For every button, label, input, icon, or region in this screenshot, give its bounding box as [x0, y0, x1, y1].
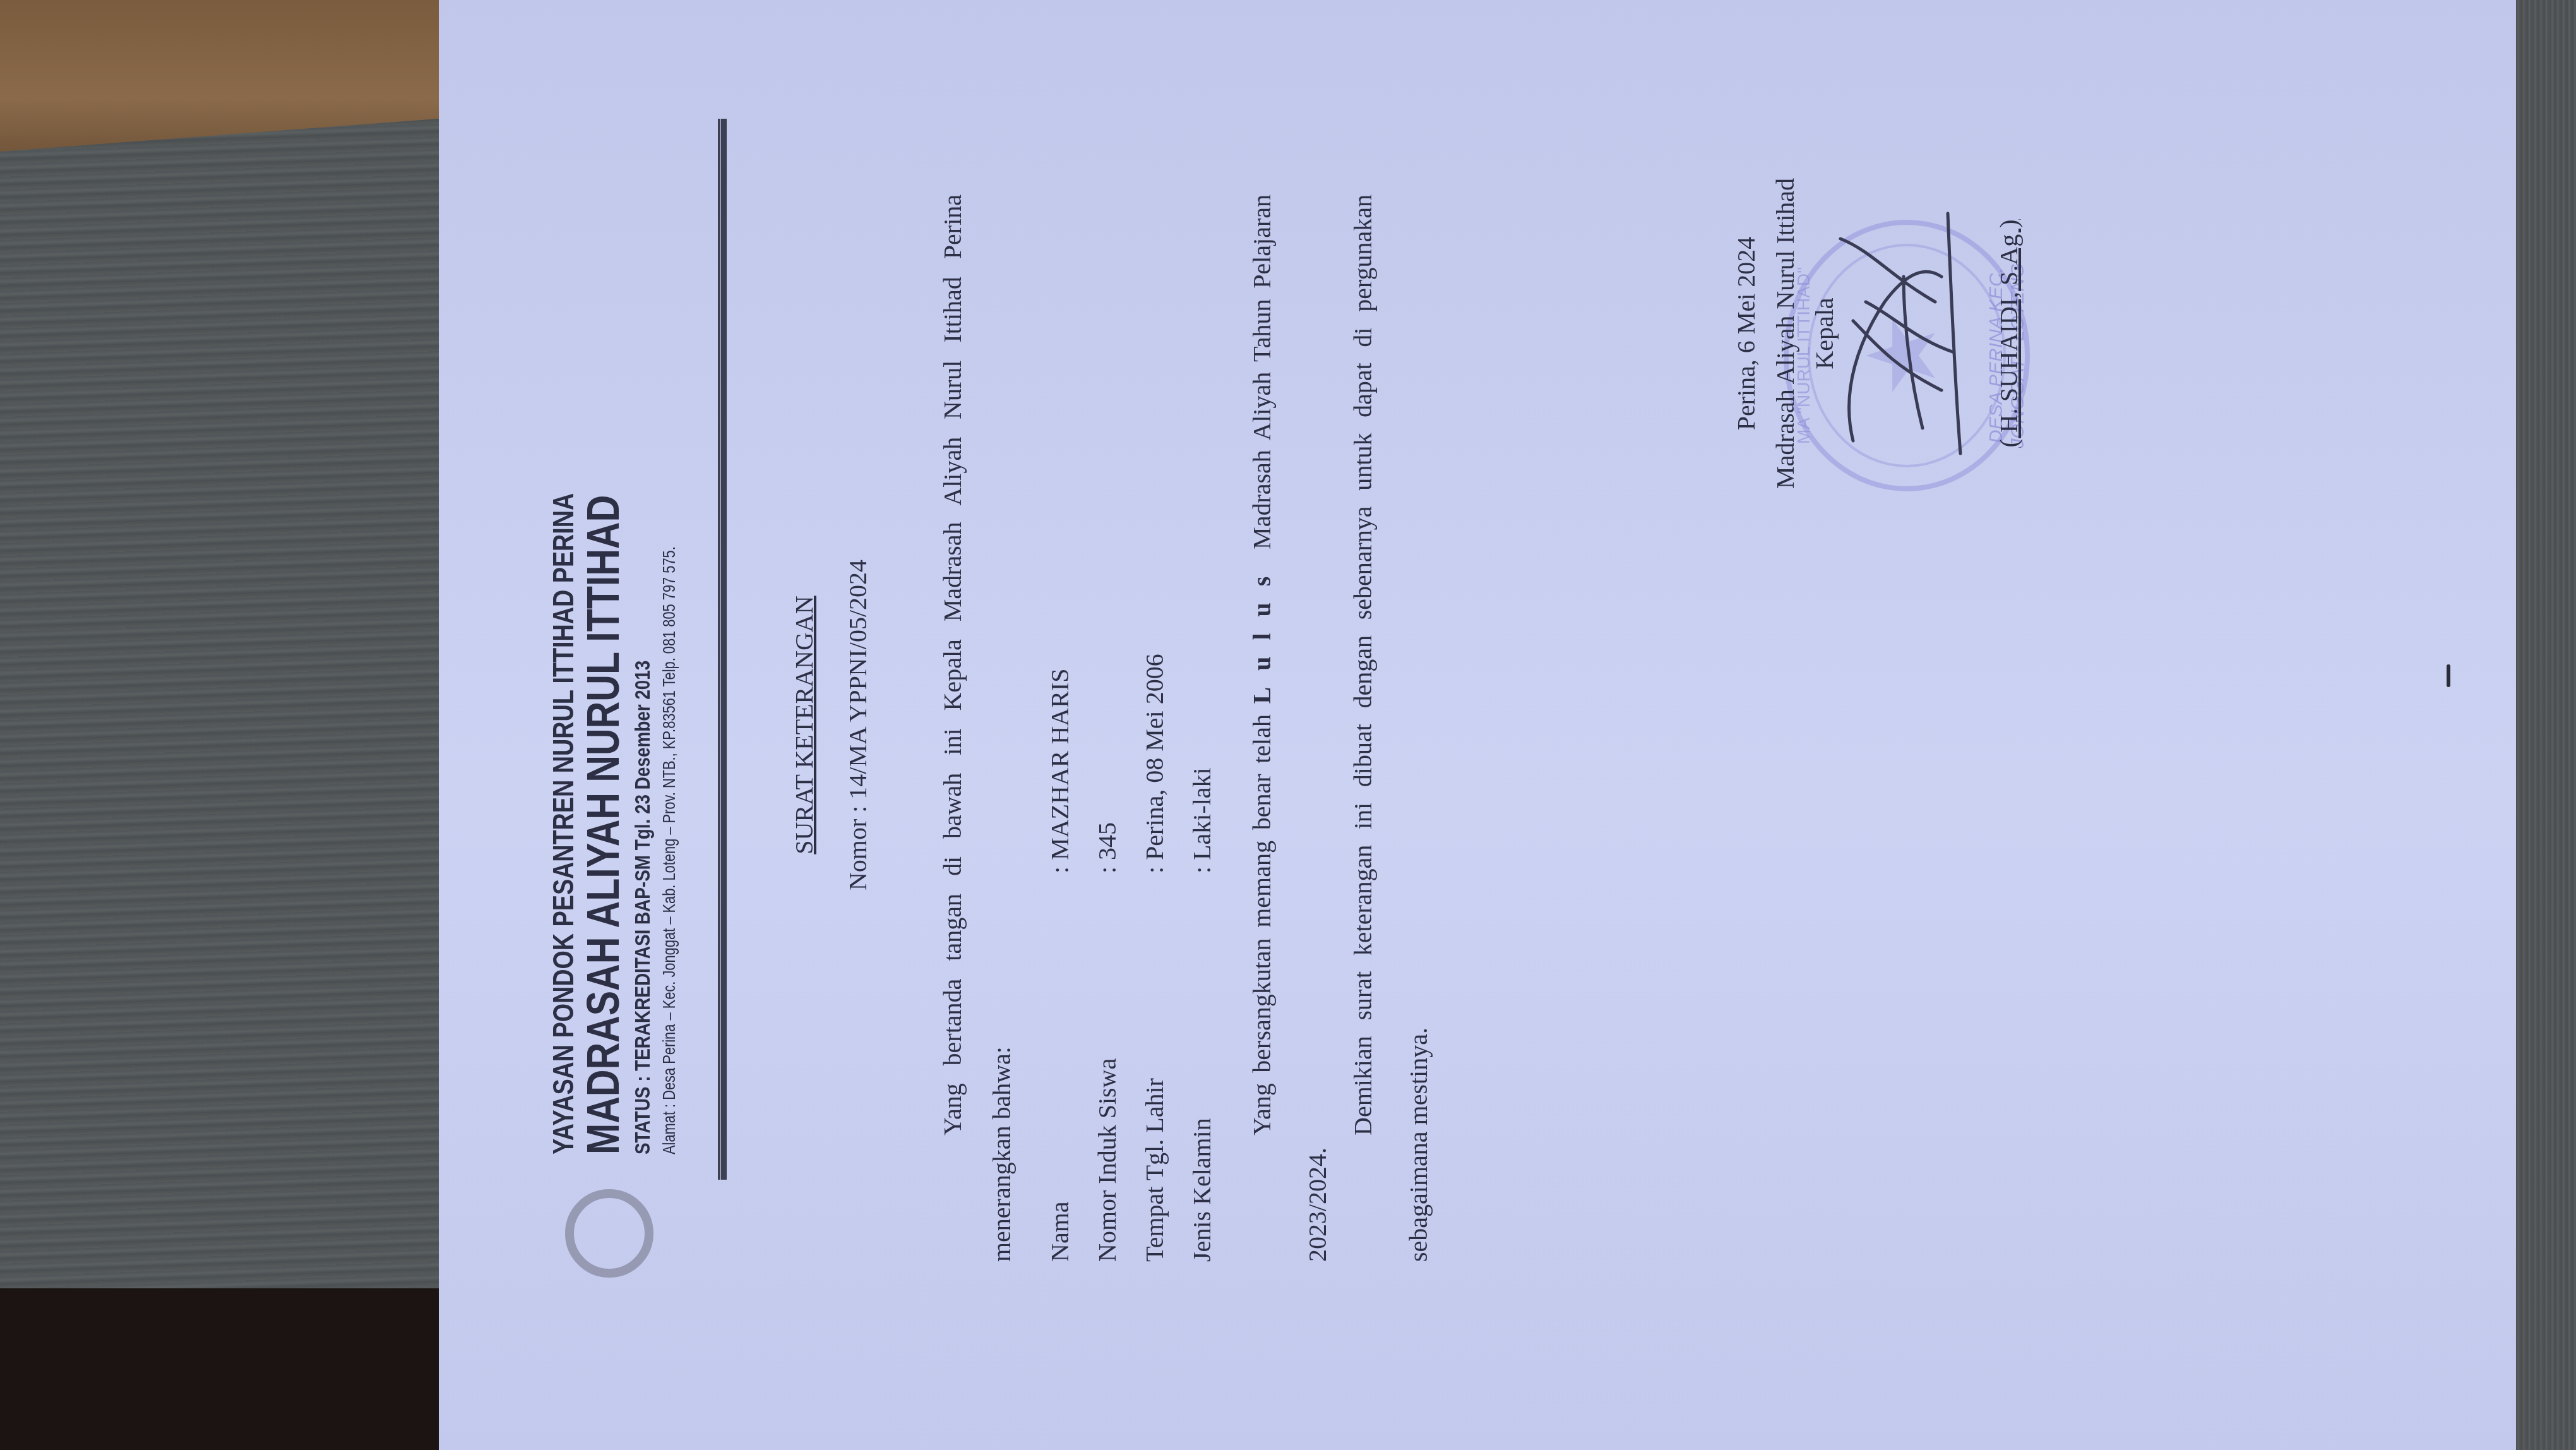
field-label: Nama [1045, 873, 1092, 1262]
school-name: MADRASAH ALIYAH NURUL ITTIHAD [580, 326, 628, 1154]
background-shadow [0, 1288, 505, 1450]
accreditation-status: STATUS : TERAKREDITASI BAP-SM Tgl. 23 De… [631, 326, 655, 1154]
place-date: Perina, 6 Mei 2024 [1727, 157, 1766, 510]
background-plank-right [2513, 0, 2576, 1450]
field-value: : 345 [1092, 822, 1140, 873]
graduation-statement: Yang bersangkutan memang benar telah Lul… [1234, 195, 1345, 1262]
graduation-status: Lulus [1248, 560, 1276, 704]
handwritten-signature-icon [1815, 201, 1979, 466]
field-row-birth: Tempat Tgl. Lahir : Perina, 08 Mei 2006 [1140, 654, 1187, 1262]
field-label: Tempat Tgl. Lahir [1140, 873, 1187, 1262]
document-title: SURAT KETERANGAN [789, 0, 819, 1450]
closing-paragraph: Demikian surat keterangan ini dibuat den… [1335, 195, 1446, 1262]
signer-institution: Madrasah Aliyah Nurul Ittihad [1766, 157, 1805, 510]
intro-paragraph: Yang bertanda tangan di bawah ini Kepala… [928, 195, 1027, 1262]
document-number: Nomor : 14/MA YPPNI/05/2024 [843, 0, 873, 1450]
background-plank [0, 114, 505, 1326]
field-row-gender: Jenis Kelamin : Laki-laki [1187, 654, 1234, 1262]
letterhead: YAYASAN PONDOK PESANTREN NURUL ITTIHAD P… [546, 93, 742, 1293]
document-sheet: YAYASAN PONDOK PESANTREN NURUL ITTIHAD P… [439, 0, 2516, 1450]
field-value: : Perina, 08 Mei 2006 [1140, 654, 1187, 873]
field-label: Nomor Induk Siswa [1092, 873, 1140, 1262]
school-emblem-icon [565, 1189, 653, 1278]
school-address: Alamat : Desa Perina – Kec. Jonggat – Ka… [659, 366, 679, 1154]
field-value: : MAZHAR HARIS [1045, 669, 1092, 873]
letterhead-divider [718, 119, 727, 1180]
statement-text: Yang bersangkutan memang benar telah [1248, 704, 1276, 1135]
signer-name: ( H. SUHAIDI, S.Ag ) [1989, 157, 2029, 510]
letterhead-text: YAYASAN PONDOK PESANTREN NURUL ITTIHAD P… [546, 144, 679, 1154]
field-value: : Laki-laki [1187, 767, 1234, 873]
foundation-name: YAYASAN PONDOK PESANTREN NURUL ITTIHAD P… [546, 326, 580, 1154]
field-row-student-id: Nomor Induk Siswa : 345 [1092, 654, 1140, 1262]
student-details: Nama : MAZHAR HARIS Nomor Induk Siswa : … [1045, 654, 1234, 1262]
field-label: Jenis Kelamin [1187, 873, 1234, 1262]
field-row-name: Nama : MAZHAR HARIS [1045, 654, 1092, 1262]
paper-mark [2447, 664, 2450, 687]
